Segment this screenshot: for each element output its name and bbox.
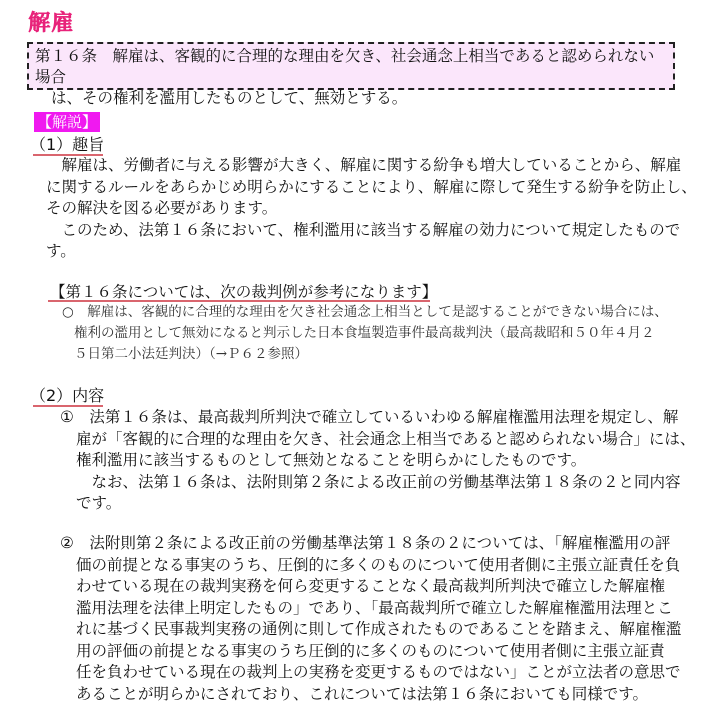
text-line: 用の評価の前提となる事実のうち圧倒的に多くのものについて使用者側に主張立証責 <box>60 641 681 663</box>
text-line: 解雇は、労働者に与える影響が大きく、解雇に関する紛争も増大していることから、解雇 <box>46 155 697 177</box>
page-title: 解雇 <box>28 6 74 37</box>
case-reference-heading: 【第１６条については、次の裁判例が参考になります】 <box>50 282 437 302</box>
text-line: 濫用法理を法律上明定したもの」であり、「最高裁判所で確立した解雇権濫用法理とこ <box>60 598 681 620</box>
text-line: 価の前提となる事実のうち、圧倒的に多くのものについて使用者側に主張立証責任を負 <box>60 555 681 577</box>
article-line: 第１６条 解雇は、客観的に合理的な理由を欠き、社会通念上相当であると認められない… <box>35 46 667 88</box>
text-line: なお、法第１６条は、法附則第２条による改正前の労働基準法第１８条の２と同内容 <box>60 472 695 494</box>
text-line: ○ 解雇は、客観的に合理的な理由を欠き社会通念上相当として是認することができない… <box>62 302 668 323</box>
text-line: このため、法第１６条において、権利濫用に該当する解雇の効力について規定したもので <box>46 220 697 242</box>
text-line: 権利の濫用として無効になると判示した日本食塩製造事件最高裁判決（最高裁昭和５０年… <box>62 323 668 344</box>
section2-heading: （2）内容 <box>30 386 104 406</box>
text-line: ① 法第１６条は、最高裁判所判決で確立しているいわゆる解雇権濫用法理を規定し、解 <box>60 407 695 429</box>
text-line: れに基づく民事裁判実務の通例に則して作成されたものであることを踏まえ、解雇権濫 <box>60 619 681 641</box>
section1-heading: （1）趣旨 <box>30 135 104 155</box>
section2-item2: ② 法附則第２条による改正前の労働基準法第１８条の２については、「解雇権濫用の評… <box>60 533 681 705</box>
section2-item1: ① 法第１６条は、最高裁判所判決で確立しているいわゆる解雇権濫用法理を規定し、解… <box>60 407 695 515</box>
article-line: は、その権利を濫用したものとして、無効とする。 <box>35 88 667 109</box>
text-line: です。 <box>60 493 695 515</box>
text-line: ５日第二小法廷判決）（→Ｐ６２参照） <box>62 344 668 365</box>
text-line: 任を負わせている現在の裁判上の実務を変更するものではない」ことが立法者の意思で <box>60 662 681 684</box>
text-line: あることが明らかにされており、これについては法第１６条においても同様です。 <box>60 684 681 706</box>
commentary-label: 【解説】 <box>34 112 100 132</box>
text-line: わせている現在の裁判実務を何ら変更することなく最高裁判所判決で確立した解雇権 <box>60 576 681 598</box>
article-text-box: 第１６条 解雇は、客観的に合理的な理由を欠き、社会通念上相当であると認められない… <box>27 42 675 90</box>
case-reference-body: ○ 解雇は、客観的に合理的な理由を欠き社会通念上相当として是認することができない… <box>62 302 668 365</box>
text-line: ② 法附則第２条による改正前の労働基準法第１８条の２については、「解雇権濫用の評 <box>60 533 681 555</box>
section1-body: 解雇は、労働者に与える影響が大きく、解雇に関する紛争も増大していることから、解雇… <box>46 155 697 263</box>
text-line: その解決を図る必要があります。 <box>46 198 697 220</box>
text-line: す。 <box>46 241 697 263</box>
text-line: に関するルールをあらかじめ明らかにすることにより、解雇に際して発生する紛争を防止… <box>46 177 697 199</box>
text-line: 権利濫用に該当するものとして無効となることを明らかにしたものです。 <box>60 450 695 472</box>
text-line: 雇が「客観的に合理的な理由を欠き、社会通念上相当であると認められない場合」には、 <box>60 429 695 451</box>
